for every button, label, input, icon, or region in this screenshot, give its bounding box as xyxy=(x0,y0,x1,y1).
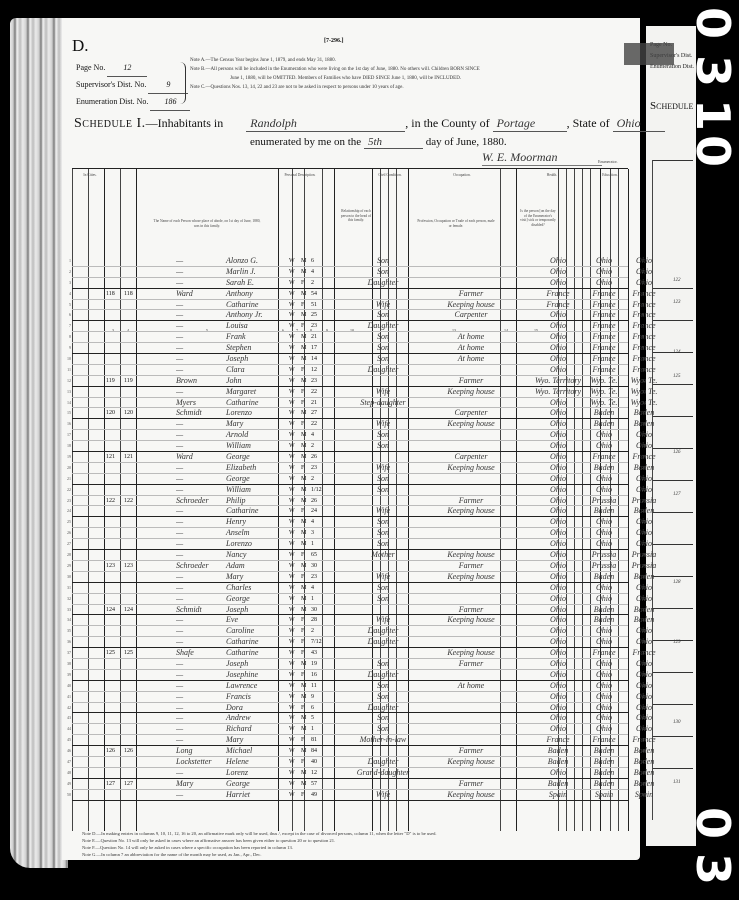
dwelling-number xyxy=(106,278,144,288)
table-row: 37125125ShafeCatharineWF43Keeping houseO… xyxy=(72,648,628,659)
age-value: 2 xyxy=(311,441,323,451)
father-birthplace-value: Wyo. Te. xyxy=(584,376,624,386)
father-birthplace-value: Ohio xyxy=(584,267,624,277)
age-value: 4 xyxy=(311,430,323,440)
corner-letter: D. xyxy=(72,36,89,56)
dwelling-value: 120 xyxy=(106,408,124,418)
color-value: W xyxy=(289,463,301,473)
line-number: 50 xyxy=(65,790,71,800)
given-name: John xyxy=(226,376,242,385)
color-value: W xyxy=(289,539,301,549)
given-name: Stephen xyxy=(226,343,251,352)
table-row: 30—MaryWF23WifeKeeping houseOhioBadenBad… xyxy=(72,572,628,583)
age-value: 3 xyxy=(311,528,323,538)
relationship-value: Son xyxy=(348,681,418,691)
birthplace-value: Wyo. Territory xyxy=(534,387,582,397)
birthplace-value: France xyxy=(534,289,582,299)
right-line-number: 11 xyxy=(642,365,646,375)
right-line-number: 3 xyxy=(642,278,644,288)
sex-value: M xyxy=(301,594,311,604)
person-name: —Marlin J. xyxy=(176,267,288,277)
table-row: 3—Sarah E.WF2DaughterOhioOhioOhio3 xyxy=(72,278,628,289)
person-name: —Josephine xyxy=(176,670,288,680)
right-line-number: 8 xyxy=(642,332,644,342)
birthplace-value: France xyxy=(534,300,582,310)
father-birthplace-value: France xyxy=(584,289,624,299)
sex-value: M xyxy=(301,267,311,277)
age-value: 23 xyxy=(311,572,323,582)
surname: Shafe xyxy=(176,648,226,658)
father-birthplace-value: France xyxy=(584,735,624,745)
mother-birthplace-value: France xyxy=(624,310,664,320)
color-value: W xyxy=(289,572,301,582)
given-name: Joseph xyxy=(226,354,248,363)
line-number: 7 xyxy=(65,321,71,331)
age-value: 22 xyxy=(311,387,323,397)
birthplace-value: Ohio xyxy=(534,354,582,364)
note-a: Note A.—The Census Year begins June 1, 1… xyxy=(190,56,640,65)
right-line-number: 32 xyxy=(642,594,646,604)
father-birthplace-value: France xyxy=(584,332,624,342)
occupation-value: At home xyxy=(420,354,516,364)
line-number: 30 xyxy=(65,572,71,582)
color-value: W xyxy=(289,724,301,734)
dwelling-number xyxy=(106,768,144,778)
dwelling-number xyxy=(106,735,144,745)
table-row: 7—LouisaWF23DaughterOhioFranceFrance7 xyxy=(72,321,628,332)
given-name: William xyxy=(226,441,251,450)
stamp-digit: 0 xyxy=(690,800,736,846)
age-value: 22 xyxy=(311,419,323,429)
father-birthplace-value: Ohio xyxy=(584,692,624,702)
line-number: 40 xyxy=(65,681,71,691)
note-b-cont: June 1, 1880, will be OMITTED. Members o… xyxy=(190,74,640,83)
relationship-value: Daughter xyxy=(348,321,418,331)
birthplace-value: Ohio xyxy=(534,713,582,723)
right-line-number: 37 xyxy=(642,648,646,658)
color-value: W xyxy=(289,594,301,604)
person-name: WardGeorge xyxy=(176,452,288,462)
birthplace-value: Ohio xyxy=(534,626,582,636)
census-page: [7-296.] D. Page No. 12 Supervisor's Dis… xyxy=(62,18,640,860)
sex-value: F xyxy=(301,419,311,429)
dwelling-value: 121 xyxy=(106,452,124,462)
age-value: 23 xyxy=(311,463,323,473)
group-in-cities: In Cities. xyxy=(76,173,104,178)
color-value: W xyxy=(289,376,301,386)
mother-birthplace-value: France xyxy=(624,332,664,342)
color-value: W xyxy=(289,790,301,800)
line-number: 1 xyxy=(65,256,71,266)
sex-value: M xyxy=(301,496,311,506)
relationship-value: Daughter xyxy=(348,637,418,647)
occupation-value: Keeping house xyxy=(420,572,516,582)
stamp-digit: 3 xyxy=(690,48,736,94)
given-name: Frank xyxy=(226,332,246,341)
dwelling-number xyxy=(106,583,144,593)
color-value: W xyxy=(289,506,301,516)
birthplace-value: Spain xyxy=(534,790,582,800)
right-line-number: 28 xyxy=(642,550,646,560)
dwelling-number xyxy=(106,528,144,538)
color-value: W xyxy=(289,713,301,723)
occupation-value: Farmer xyxy=(420,376,516,386)
line-number: 20 xyxy=(65,463,71,473)
sex-value: F xyxy=(301,550,311,560)
person-name: —Margaret xyxy=(176,387,288,397)
given-name: Joseph xyxy=(226,605,248,614)
age-value: 4 xyxy=(311,267,323,277)
sex-value: M xyxy=(301,517,311,527)
person-name: —Mary xyxy=(176,419,288,429)
dwelling-number xyxy=(106,757,144,767)
group-health: Health. xyxy=(522,173,582,178)
line-number: 42 xyxy=(65,703,71,713)
person-name: —Henry xyxy=(176,517,288,527)
dwelling-number xyxy=(106,692,144,702)
page-no-value: 12 xyxy=(107,60,147,77)
color-value: W xyxy=(289,398,301,408)
right-line-number: 10 xyxy=(642,354,646,364)
line-number: 41 xyxy=(65,692,71,702)
color-value: W xyxy=(289,517,301,527)
person-name: —Andrew xyxy=(176,713,288,723)
surname: — xyxy=(176,692,226,702)
father-birthplace-value: Baden xyxy=(584,757,624,767)
surname: — xyxy=(176,594,226,604)
sex-value: F xyxy=(301,398,311,408)
note-d: Note D.—In making entries in columns 9, … xyxy=(82,830,642,837)
color-value: W xyxy=(289,474,301,484)
line-number: 16 xyxy=(65,419,71,429)
supervisor-dist-label: Supervisor's Dist. No. xyxy=(76,80,146,89)
birthplace-value: Ohio xyxy=(534,256,582,266)
dwelling-number xyxy=(106,485,144,495)
age-value: 21 xyxy=(311,398,323,408)
father-birthplace-value: Wyo. Te. xyxy=(584,387,624,397)
state-value: Ohio xyxy=(613,116,665,132)
dwelling-number xyxy=(106,321,144,331)
line-number: 4 xyxy=(65,289,71,299)
surname: — xyxy=(176,321,226,331)
age-value: 12 xyxy=(311,768,323,778)
age-value: 27 xyxy=(311,408,323,418)
relationship-value: Mother-in-law xyxy=(348,735,418,745)
surname: — xyxy=(176,670,226,680)
person-name: —Alonzo G. xyxy=(176,256,288,266)
right-line-number: 43 xyxy=(642,713,646,723)
birthplace-value: Ohio xyxy=(534,572,582,582)
occupation-value: Farmer xyxy=(420,289,516,299)
surname: Brown xyxy=(176,376,226,386)
birthplace-value: Ohio xyxy=(534,506,582,516)
surname: — xyxy=(176,343,226,353)
table-row: 36—CatharineWF7/12DaughterOhioOhioOhio36 xyxy=(72,637,628,648)
age-value: 17 xyxy=(311,343,323,353)
occupation-value: Farmer xyxy=(420,779,516,789)
given-name: Dora xyxy=(226,703,243,712)
right-line-number: 22 xyxy=(642,485,646,495)
age-value: 65 xyxy=(311,550,323,560)
dwelling-number xyxy=(106,703,144,713)
family-value: 125 xyxy=(124,650,133,656)
given-name: Lawrence xyxy=(226,681,257,690)
right-line-number: 19 xyxy=(642,452,646,462)
sex-value: M xyxy=(301,561,311,571)
table-row: 26—AnselmWM3SonOhioOhioOhio26 xyxy=(72,528,628,539)
age-value: 81 xyxy=(311,735,323,745)
person-name: —Stephen xyxy=(176,343,288,353)
line-number: 17 xyxy=(65,430,71,440)
given-name: Charles xyxy=(226,583,251,592)
dwelling-number: 124124 xyxy=(106,605,144,615)
dwelling-number xyxy=(106,670,144,680)
age-value: 6 xyxy=(311,703,323,713)
sex-value: M xyxy=(301,746,311,756)
group-civil-condition: Civil Condition. xyxy=(372,173,408,178)
given-name: Harriet xyxy=(226,790,250,799)
stamp-digit: 0 xyxy=(690,128,736,174)
color-value: W xyxy=(289,779,301,789)
surname: — xyxy=(176,768,226,778)
given-name: Catharine xyxy=(226,637,258,646)
father-birthplace-value: Ohio xyxy=(584,517,624,527)
birthplace-value: Ohio xyxy=(534,768,582,778)
occupation-value: Carpenter xyxy=(420,310,516,320)
sex-value: F xyxy=(301,790,311,800)
surname: — xyxy=(176,354,226,364)
dwelling-number xyxy=(106,430,144,440)
page-meta: Page No. 12 Supervisor's Dist. No. 9 Enu… xyxy=(76,60,190,111)
sex-value: M xyxy=(301,430,311,440)
father-birthplace-value: Baden xyxy=(584,506,624,516)
note-e: Note E.—Question No. 13 will only be ask… xyxy=(82,837,642,844)
sex-value: M xyxy=(301,605,311,615)
person-name: —George xyxy=(176,474,288,484)
father-birthplace-value: Baden xyxy=(584,572,624,582)
father-birthplace-value: Ohio xyxy=(584,637,624,647)
table-row: 42—DoraWF6DaughterOhioOhioOhio42 xyxy=(72,703,628,714)
line-number: 27 xyxy=(65,539,71,549)
relationship-value: Wife xyxy=(348,300,418,310)
right-line-number: 5 xyxy=(642,300,644,310)
surname: — xyxy=(176,626,226,636)
sex-value: M xyxy=(301,779,311,789)
person-name: MyersCatharine xyxy=(176,398,288,408)
dwelling-number xyxy=(106,365,144,375)
right-line-number: 44 xyxy=(642,724,646,734)
given-name: Louisa xyxy=(226,321,248,330)
birthplace-value: Ohio xyxy=(534,539,582,549)
birthplace-value: Ohio xyxy=(534,517,582,527)
sex-value: M xyxy=(301,713,311,723)
person-name: —Charles xyxy=(176,583,288,593)
sex-value: F xyxy=(301,648,311,658)
occupation-value: Keeping house xyxy=(420,790,516,800)
schedule-text: —Inhabitants in xyxy=(146,116,224,130)
father-birthplace-value: France xyxy=(584,354,624,364)
surname: Schmidt xyxy=(176,408,226,418)
table-row: 48—LorenzWM12Grand-daughterOhioBadenBade… xyxy=(72,768,628,779)
given-name: Francis xyxy=(226,692,251,701)
father-birthplace-value: Prussia xyxy=(584,496,624,506)
surname: — xyxy=(176,681,226,691)
person-name: MaryGeorge xyxy=(176,779,288,789)
dwelling-value: 123 xyxy=(106,561,124,571)
birthplace-value: Ohio xyxy=(534,659,582,669)
group-occupation: Occupation. xyxy=(412,173,512,178)
birthplace-value: Ohio xyxy=(534,452,582,462)
line-number: 33 xyxy=(65,605,71,615)
table-row: 21—GeorgeWM2SonOhioOhioOhio21 xyxy=(72,474,628,485)
person-name: —Lorenzo xyxy=(176,539,288,549)
line-number: 11 xyxy=(65,365,71,375)
relationship-value: Son xyxy=(348,528,418,538)
group-education: Education. xyxy=(592,173,628,178)
mother-birthplace-value: France xyxy=(624,289,664,299)
person-name: BrownJohn xyxy=(176,376,288,386)
right-line-number: 31 xyxy=(642,583,646,593)
sex-value: M xyxy=(301,485,311,495)
note-c: Note C.—Questions Nos. 13, 14, 22 and 23… xyxy=(190,83,640,92)
surname: — xyxy=(176,441,226,451)
sex-value: F xyxy=(301,615,311,625)
line-number: 18 xyxy=(65,441,71,451)
table-row: 34—EveWF28WifeKeeping houseOhioBadenBade… xyxy=(72,615,628,626)
right-line-number: 38 xyxy=(642,659,646,669)
table-row: 13—MargaretWF22WifeKeeping houseWyo. Ter… xyxy=(72,387,628,398)
birthplace-value: Ohio xyxy=(534,408,582,418)
birthplace-value: Baden xyxy=(534,757,582,767)
age-value: 84 xyxy=(311,746,323,756)
surname: — xyxy=(176,332,226,342)
birthplace-value: Ohio xyxy=(534,485,582,495)
relationship-value: Son xyxy=(348,354,418,364)
dwelling-number: 127127 xyxy=(106,779,144,789)
age-value: 6 xyxy=(311,256,323,266)
occupation-value: Keeping house xyxy=(420,506,516,516)
age-value: 30 xyxy=(311,561,323,571)
table-row: 12119119BrownJohnWM23FarmerWyo. Territor… xyxy=(72,376,628,387)
dwelling-number xyxy=(106,300,144,310)
birthplace-value: Ohio xyxy=(534,463,582,473)
relationship-value: Son xyxy=(348,713,418,723)
dwelling-number xyxy=(106,463,144,473)
age-value: 4 xyxy=(311,583,323,593)
table-row: 8—FrankWM21SonAt homeOhioFranceFrance8 xyxy=(72,332,628,343)
right-line-number: 34 xyxy=(642,615,646,625)
stamp-digit: 3 xyxy=(690,846,736,892)
mother-birthplace-value: France xyxy=(624,300,664,310)
note-b: Note B.—All persons will be included in … xyxy=(190,65,640,74)
father-birthplace-value: France xyxy=(584,310,624,320)
line-number: 36 xyxy=(65,637,71,647)
father-birthplace-value: Ohio xyxy=(584,485,624,495)
sex-value: M xyxy=(301,692,311,702)
right-line-number: 18 xyxy=(642,441,646,451)
dwelling-number: 125125 xyxy=(106,648,144,658)
right-line-number: 40 xyxy=(642,681,646,691)
birthplace-value: Ohio xyxy=(534,365,582,375)
line-number: 10 xyxy=(65,354,71,364)
table-row: 10—JosephWM14SonAt homeOhioFranceFrance1… xyxy=(72,354,628,365)
relationship-value: Son xyxy=(348,256,418,266)
father-birthplace-value: Prussia xyxy=(584,550,624,560)
occupation-value: At home xyxy=(420,332,516,342)
person-name: WardAnthony xyxy=(176,289,288,299)
census-rows: 1—Alonzo G.WM6SonOhioOhioOhio12—Marlin J… xyxy=(72,256,628,801)
father-birthplace-value: Baden xyxy=(584,779,624,789)
person-name: —Frank xyxy=(176,332,288,342)
person-name: —Joseph xyxy=(176,354,288,364)
surname: Ward xyxy=(176,289,226,299)
person-name: —Catharine xyxy=(176,300,288,310)
birthplace-value: Ohio xyxy=(534,332,582,342)
dwelling-number xyxy=(106,398,144,408)
birthplace-value: Ohio xyxy=(534,474,582,484)
table-row: 18—WilliamWM2SonOhioOhioOhio18 xyxy=(72,441,628,452)
right-line-number: 4 xyxy=(642,289,644,299)
dwelling-number: 118118 xyxy=(106,289,144,299)
color-value: W xyxy=(289,310,301,320)
state-label: , State of xyxy=(567,116,610,130)
surname: — xyxy=(176,278,226,288)
father-birthplace-value: France xyxy=(584,321,624,331)
surname: — xyxy=(176,419,226,429)
age-value: 23 xyxy=(311,376,323,386)
birthplace-value: Ohio xyxy=(534,692,582,702)
given-name: Nancy xyxy=(226,550,246,559)
relationship-value: Son xyxy=(348,430,418,440)
given-name: Mary xyxy=(226,419,243,428)
father-birthplace-value: Spain xyxy=(584,790,624,800)
family-value: 120 xyxy=(124,410,133,416)
enumerated-day: 5th xyxy=(364,136,423,149)
occupation-value: Keeping house xyxy=(420,615,516,625)
right-line-number: 1 xyxy=(642,256,644,266)
surname: Myers xyxy=(176,398,226,408)
line-number: 34 xyxy=(65,615,71,625)
dwelling-number: 120120 xyxy=(106,408,144,418)
sex-value: F xyxy=(301,321,311,331)
right-line-number: 26 xyxy=(642,528,646,538)
color-value: W xyxy=(289,768,301,778)
sex-value: F xyxy=(301,626,311,636)
surname: Ward xyxy=(176,452,226,462)
father-birthplace-value: France xyxy=(584,452,624,462)
given-name: Catharine xyxy=(226,398,258,407)
dwelling-number xyxy=(106,343,144,353)
color-value: W xyxy=(289,626,301,636)
enumerator-signature: W. E. Moorman xyxy=(482,150,602,166)
age-value: 11 xyxy=(311,681,323,691)
brace xyxy=(179,62,186,104)
note-f: Note F.—Question No. 14 will only be ask… xyxy=(82,844,642,851)
given-name: Marlin J. xyxy=(226,267,256,276)
table-row: 11—ClaraWF12DaughterOhioFranceFrance11 xyxy=(72,365,628,376)
sex-value: M xyxy=(301,474,311,484)
surname: Schmidt xyxy=(176,605,226,615)
right-line-number: 33 xyxy=(642,605,646,615)
father-birthplace-value: France xyxy=(584,343,624,353)
line-number: 24 xyxy=(65,506,71,516)
age-value: 1/12 xyxy=(311,485,323,495)
birthplace-value: Ohio xyxy=(534,496,582,506)
table-row: 24—CatharineWF24WifeKeeping houseOhioBad… xyxy=(72,506,628,517)
relationship-value: Son xyxy=(348,724,418,734)
dwelling-number xyxy=(106,724,144,734)
person-name: —Joseph xyxy=(176,659,288,669)
